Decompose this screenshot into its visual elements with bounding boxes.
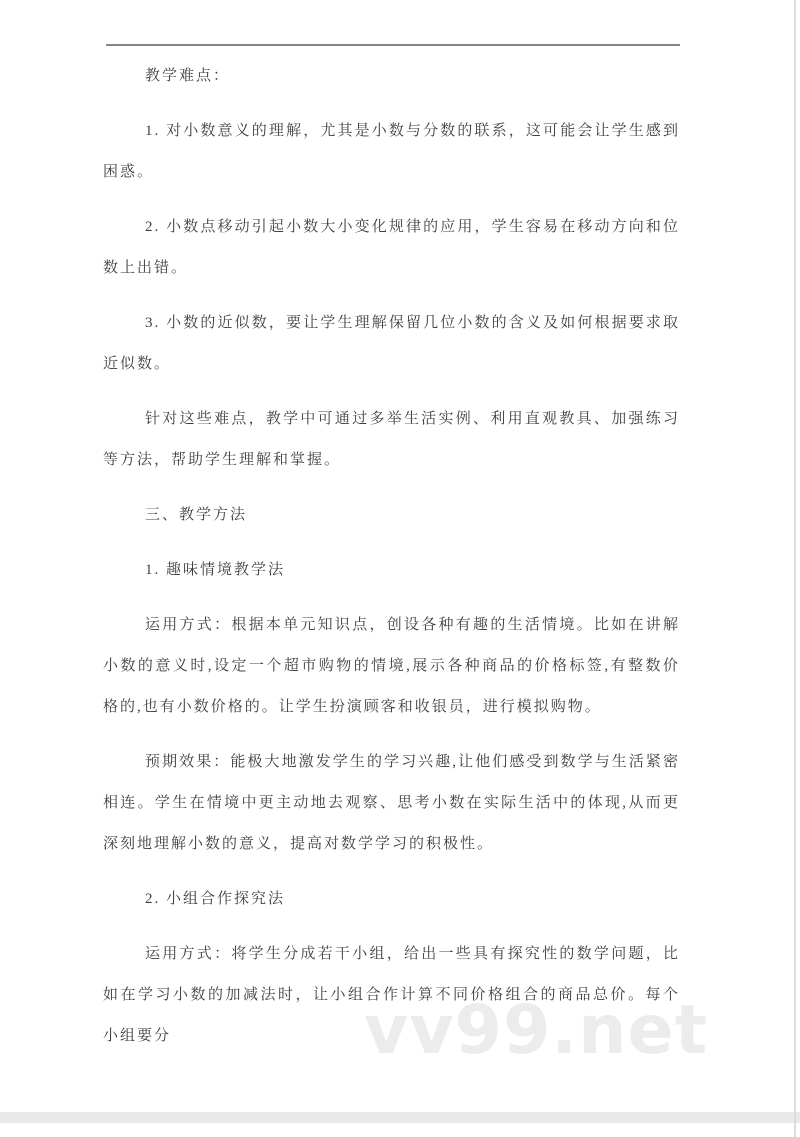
section-heading: 三、教学方法 [103,495,680,536]
document-page: 教学难点：1. 对小数意义的理解，尤其是小数与分数的联系，这可能会让学生感到困惑… [0,0,800,1137]
top-rule [106,44,680,46]
paragraph: 预期效果：能极大地激发学生的学习兴趣,让他们感受到数学与生活紧密相连。学生在情境… [103,742,680,865]
paragraph: 针对这些难点，教学中可通过多举生活实例、利用直观教具、加强练习等方法，帮助学生理… [103,399,680,481]
paragraph: 运用方式：根据本单元知识点，创设各种有趣的生活情境。比如在讲解小数的意义时,设定… [103,605,680,728]
paragraph: 1. 对小数意义的理解，尤其是小数与分数的联系，这可能会让学生感到困惑。 [103,111,680,193]
section-heading: 教学难点： [103,56,680,97]
page-separator [0,1112,800,1123]
page-edge-line [794,0,796,1137]
paragraph: 2. 小数点移动引起小数大小变化规律的应用，学生容易在移动方向和位数上出错。 [103,207,680,289]
paragraph: 3. 小数的近似数，要让学生理解保留几位小数的含义及如何根据要求取近似数。 [103,303,680,385]
section-heading: 2. 小组合作探究法 [103,879,680,920]
paragraph-list: 教学难点：1. 对小数意义的理解，尤其是小数与分数的联系，这可能会让学生感到困惑… [103,56,680,1071]
watermark: vv99.net [364,997,708,1065]
section-heading: 1. 趣味情境教学法 [103,550,680,591]
